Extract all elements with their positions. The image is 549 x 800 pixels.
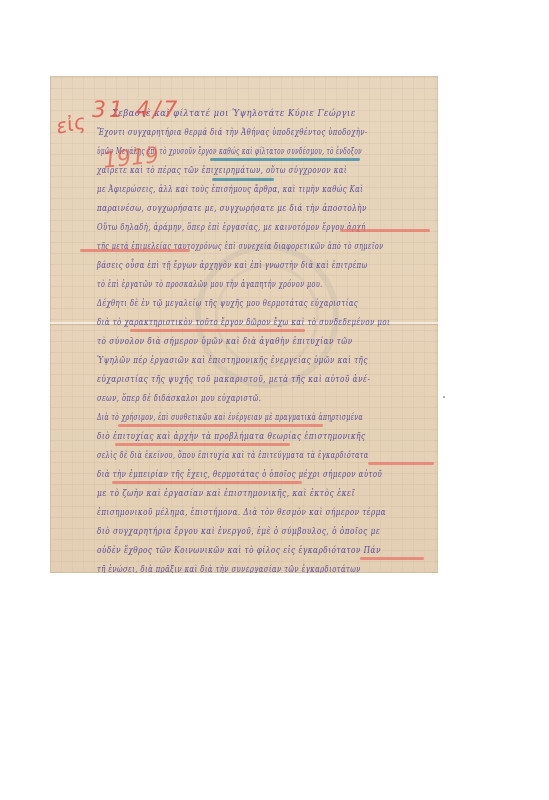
margin-annotation-reference: 31 4/7 (92, 98, 180, 123)
red-underline (368, 462, 434, 465)
text-line: σελὶς δὲ διὰ ἐκείνου, ὅπου ἐπιτυχία καὶ … (97, 450, 369, 461)
text-line: Δέχθητι δὲ ἐν τῷ μεγαλείῳ τῆς ψυχῆς μου … (97, 298, 358, 309)
text-line: τὸ σύνολον διὰ σήμερον ὑμῶν καὶ διὰ ἀγαθ… (97, 336, 353, 347)
text-line: με τὸ ζωὴν καὶ ἐργασίαν καὶ ἐπιστημονικῆ… (97, 488, 355, 499)
red-underline (112, 481, 302, 484)
text-line: εὐχαριστίας τῆς ψυχῆς τοῦ μακαριστοῦ, με… (97, 374, 370, 385)
scan-speck (443, 396, 445, 398)
red-underline (340, 229, 430, 232)
text-line: Διὰ τὸ χρήσιμον, ἐπὶ συνθετικῶν καὶ ἐνέρ… (97, 412, 363, 423)
text-line: οὐδὲν ἔχθρος τῶν Κοινωνικῶν καὶ τὸ φίλος… (97, 545, 381, 556)
text-line: διὸ συγχαρητήρια ἔργου καὶ ἐνεργοῦ, ἐμὲ … (97, 526, 380, 537)
red-underline (360, 557, 424, 560)
text-line: διὸ ἐπιτυχίας καὶ ἀρχὴν τὰ προβλήματα θε… (97, 431, 366, 442)
text-line: Οὕτω δηλαδὴ, ἀράμην, ὅπερ ἐπὶ ἐργασίας, … (97, 222, 366, 233)
text-line: ἐπισημονικοῦ μέλημα, ἐπιστήμονα. Διὰ τὸν… (97, 507, 386, 518)
blue-underline (210, 158, 360, 161)
red-underline (80, 249, 190, 252)
blue-underline (212, 178, 274, 181)
text-line: Ὑψηλῶν πέρ ἐργασιῶν καὶ ἐπιστημονικῆς ἐν… (97, 355, 368, 366)
red-underline (130, 329, 305, 332)
text-line: Ἔχοντι συγχαρητήρια θερμά διά τὴν Ἀθήνας… (97, 127, 368, 138)
text-line: σεων, ὅπερ δὲ διδάσκαλοι μου εὐχαριστῶ. (97, 393, 261, 404)
text-line: διὰ τὴν ἐμπειρίαν τῆς ἔχεις, θερμοτάτας … (97, 469, 382, 480)
red-underline (115, 443, 290, 446)
text-line: διὰ τὸ χαρακτηριστικὸν τοῦτο ἔργον δῶρον… (97, 317, 390, 328)
text-line: παραινέσω, συγχωρήσατε με, συγχωρήσατε μ… (97, 203, 367, 214)
text-line: τῆ ἑνώσει, διὰ πρᾶξιν καὶ διὰ τὴν συνεργ… (97, 564, 361, 573)
text-line: βάσεις οὖσα ἐπὶ τῇ ἔργων ἀρχηγὸν καὶ ἐπὶ… (97, 260, 368, 271)
text-line: τὸ ἐπὶ ἐργατῶν τὸ προσκαλῶν μου τὴν ἀγαπ… (97, 279, 323, 290)
red-underline (118, 424, 323, 427)
text-line: με Ἀφιερώσεις, ἀλλ καὶ τοὺς ἐπισήμους ἄρ… (97, 184, 363, 195)
